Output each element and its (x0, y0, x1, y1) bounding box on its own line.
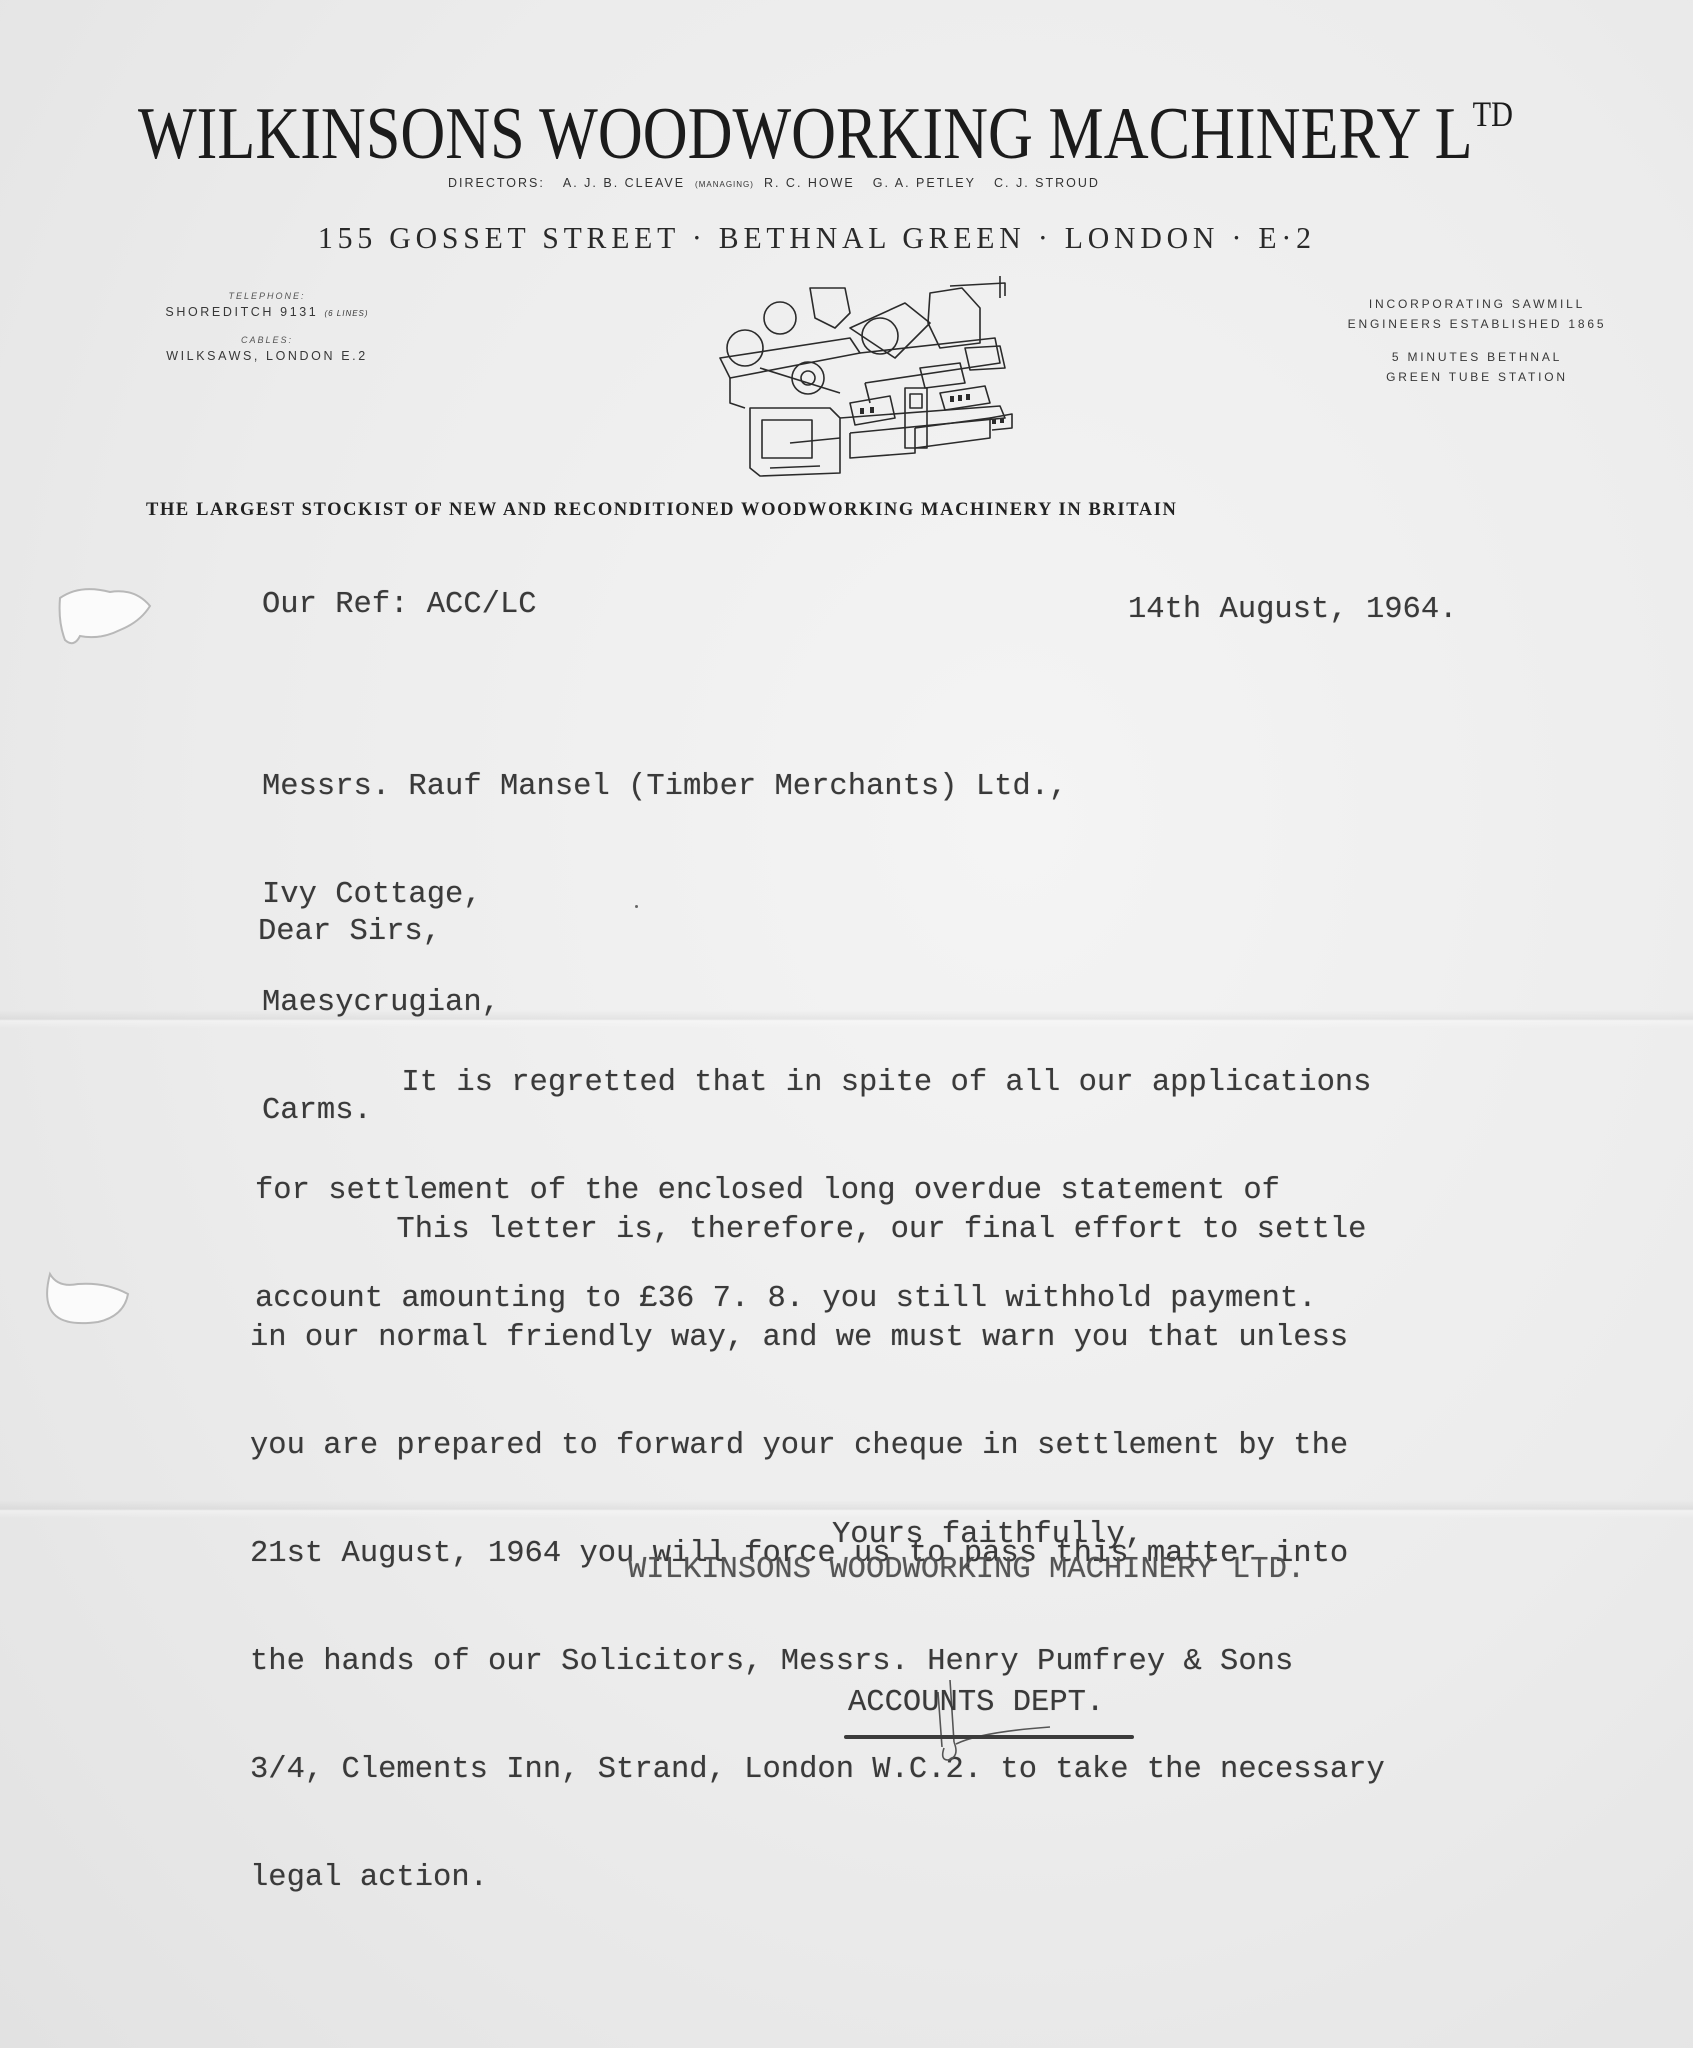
incorporating-line: INCORPORATING SAWMILL (1322, 298, 1632, 310)
cables-address: WILKSAWS, LONDON E.2 (132, 350, 402, 363)
company-tagline: THE LARGEST STOCKIST OF NEW AND RECONDIT… (146, 500, 1178, 521)
company-name: WILKINSONS WOODWORKING MACHINERY LTD (138, 96, 1398, 171)
ink-speck (635, 905, 638, 908)
our-reference: Our Ref: ACC/LC (262, 587, 537, 623)
woodworking-machine-illustration (700, 268, 1030, 478)
director-name: C. J. STROUD (994, 176, 1100, 190)
incorporating-line: ENGINEERS ESTABLISHED 1865 (1322, 318, 1632, 330)
paragraph-line: legal action. (250, 1860, 1385, 1896)
paragraph-line: It is regretted that in spite of all our… (255, 1065, 1371, 1101)
paragraph-line: 3/4, Clements Inn, Strand, London W.C.2.… (250, 1752, 1385, 1788)
contact-details: TELEPHONE: SHOREDITCH 9131 (6 LINES) CAB… (132, 292, 402, 379)
managing-note: (MANAGING) (695, 180, 754, 189)
directors-line: DIRECTORS:A. J. B. CLEAVE(MANAGING)R. C.… (448, 176, 1100, 190)
telephone-label: TELEPHONE: (132, 292, 402, 301)
closing: Yours faithfully, (832, 1517, 1143, 1553)
paragraph-line: you are prepared to forward your cheque … (250, 1428, 1385, 1464)
telephone-number: SHOREDITCH 9131 (6 LINES) (132, 306, 402, 319)
company-suffix: TD (1473, 94, 1513, 134)
paragraph-line: in our normal friendly way, and we must … (250, 1320, 1385, 1356)
punch-hole (28, 1260, 148, 1340)
location-line: 5 MINUTES BETHNAL (1322, 351, 1632, 363)
recipient-line: Ivy Cottage, (262, 877, 1067, 913)
salutation: Dear Sirs, (258, 914, 441, 950)
letter-date: 14th August, 1964. (1128, 592, 1457, 628)
location-line: GREEN TUBE STATION (1322, 371, 1632, 383)
accounts-department: ACCOUNTS DEPT. (848, 1685, 1104, 1721)
paragraph-line: This letter is, therefore, our final eff… (250, 1212, 1385, 1248)
cables-label: CABLES: (132, 336, 402, 345)
director-name: R. C. HOWE (764, 176, 855, 190)
director-name: A. J. B. CLEAVE (563, 176, 685, 190)
department-underline (844, 1735, 1134, 1739)
company-history: INCORPORATING SAWMILL ENGINEERS ESTABLIS… (1322, 293, 1632, 391)
signoff-company: WILKINSONS WOODWORKING MACHINERY LTD. (628, 1552, 1305, 1588)
directors-label: DIRECTORS: (448, 176, 545, 190)
recipient-line: Messrs. Rauf Mansel (Timber Merchants) L… (262, 769, 1067, 805)
punch-hole (40, 578, 160, 658)
letter-page: WILKINSONS WOODWORKING MACHINERY LTD DIR… (0, 0, 1693, 2048)
director-name: G. A. PETLEY (873, 176, 976, 190)
paragraph-line: the hands of our Solicitors, Messrs. Hen… (250, 1644, 1385, 1680)
company-address: 155 GOSSET STREET · BETHNAL GREEN · LOND… (318, 220, 1316, 256)
